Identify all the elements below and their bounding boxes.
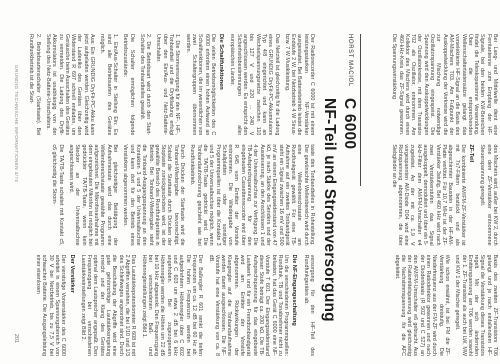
author-byline: HORST MACIOL: [347, 34, 353, 87]
body-paragraph: Der vierstufige Vorverstärker des C 6000…: [35, 255, 66, 356]
body-paragraph: Die vielen Betriebsmöglichkeiten des C 6…: [184, 34, 215, 135]
body-paragraph: versorgung für den HF-Teil des Rundfunkg…: [302, 255, 315, 356]
body-paragraph: Der Baßregler R 601 senkt die tiefen Fre…: [140, 255, 203, 356]
body-paragraph: 2. Betriebsartenschalter (Starttaste). B…: [28, 34, 41, 135]
bottom-text-section: Der Radiorecorder C 6000 ist mit einem l…: [12, 34, 315, 356]
body-paragraph: taste des Tonbandteiles in Ruhestellung.…: [189, 144, 315, 245]
body-paragraph: Die Schalter ermöglichen folgende Betrie…: [122, 34, 135, 135]
article-title: C 6000 NF-Teil und Stromversorgung: [319, 98, 359, 322]
body-paragraph: Aus: Ein GRUNDIG DryFit-PC-Akku kann jet…: [45, 34, 95, 135]
body-paragraph: Basis des zweiten ZF-Transistors T06 gel…: [454, 255, 498, 356]
body-paragraph: Die TA/TB-Taste schaltet mit Kontakt c5,…: [51, 144, 64, 245]
article-title-block: HORST MACIOL C 6000 NF-Teil und Stromver…: [360, 34, 361, 356]
page-title-line2: NF-Teil und Stromversorgung: [319, 98, 339, 322]
page-sheet-rotated: Bei Lang- und Mittelwelle dient eine Fer…: [0, 0, 500, 364]
bottom-column-2: taste des Tonbandteiles in Ruhestellung.…: [12, 144, 315, 245]
divider-rule: [360, 34, 361, 186]
body-paragraph: 2. Die Betriebsart wird durch den Start-…: [139, 34, 152, 135]
body-paragraph: Durch Drücken der Starttaste wird die To…: [122, 144, 185, 245]
page-footer: GRUNDIG TECHNISCHE INFORMATIONEN 3/74 20…: [13, 65, 19, 343]
body-paragraph: 1. Die Stromversorgung für den NF-, HF-,…: [155, 34, 180, 135]
top-column-1: Bei Lang- und Mittelwelle dient eine Fer…: [364, 34, 498, 135]
body-paragraph: 1. Ein/Aus-Schalter in Stellung Ein: Es …: [99, 34, 118, 135]
section-heading: Der Verstärker: [68, 255, 74, 356]
section-heading: Die NF-Eingangsschaltung: [291, 255, 297, 356]
body-paragraph: Bei gleichzeitiger Betätigung der Aufnah…: [68, 144, 118, 245]
body-paragraph: Um die verschiedenen Programmquellen: Ru…: [207, 255, 289, 356]
bottom-column-1: Der Radiorecorder C 6000 ist mit einem l…: [12, 34, 315, 135]
body-paragraph: Wie schon erwähnt, ist bei FM die ZF-Ver…: [393, 255, 450, 356]
bottom-column-3: versorgung für den HF-Teil des Rundfunkg…: [12, 255, 315, 356]
body-paragraph: Bei Lang- und Mittelwelle dient eine Fer…: [391, 34, 498, 135]
page-number: 201: [13, 334, 19, 343]
body-paragraph: Der kombinierte AM/FM-ZF-Verstärker ist …: [390, 144, 466, 245]
top-text-section: Bei Lang- und Mittelwelle dient eine Fer…: [364, 34, 498, 356]
top-column-3: Basis des zweiten ZF-Transistors T06 gel…: [364, 255, 498, 356]
body-paragraph: Der Radiorecorder C 6000 ist mit einem l…: [284, 34, 315, 135]
journal-footer-text: GRUNDIG TECHNISCHE INFORMATIONEN 3/74: [14, 65, 19, 182]
scanned-magazine-page: Bei Lang- und Mittelwelle dient eine Fer…: [0, 0, 500, 364]
page-title-line1: C 6000: [339, 98, 359, 322]
body-paragraph: des Mischers wird, außer bei KW 2, durch…: [479, 144, 498, 245]
top-column-2: des Mischers wird, außer bei KW 2, durch…: [364, 144, 498, 245]
section-heading: Die Schaltfunktionen: [218, 34, 224, 135]
section-heading: ZF-Teil: [468, 144, 474, 245]
body-paragraph: Das Netzteil ist gleichzeitig für die La…: [229, 34, 279, 135]
body-paragraph: Das Lautstärkepotentiometer R 608 ist mi…: [80, 255, 137, 356]
